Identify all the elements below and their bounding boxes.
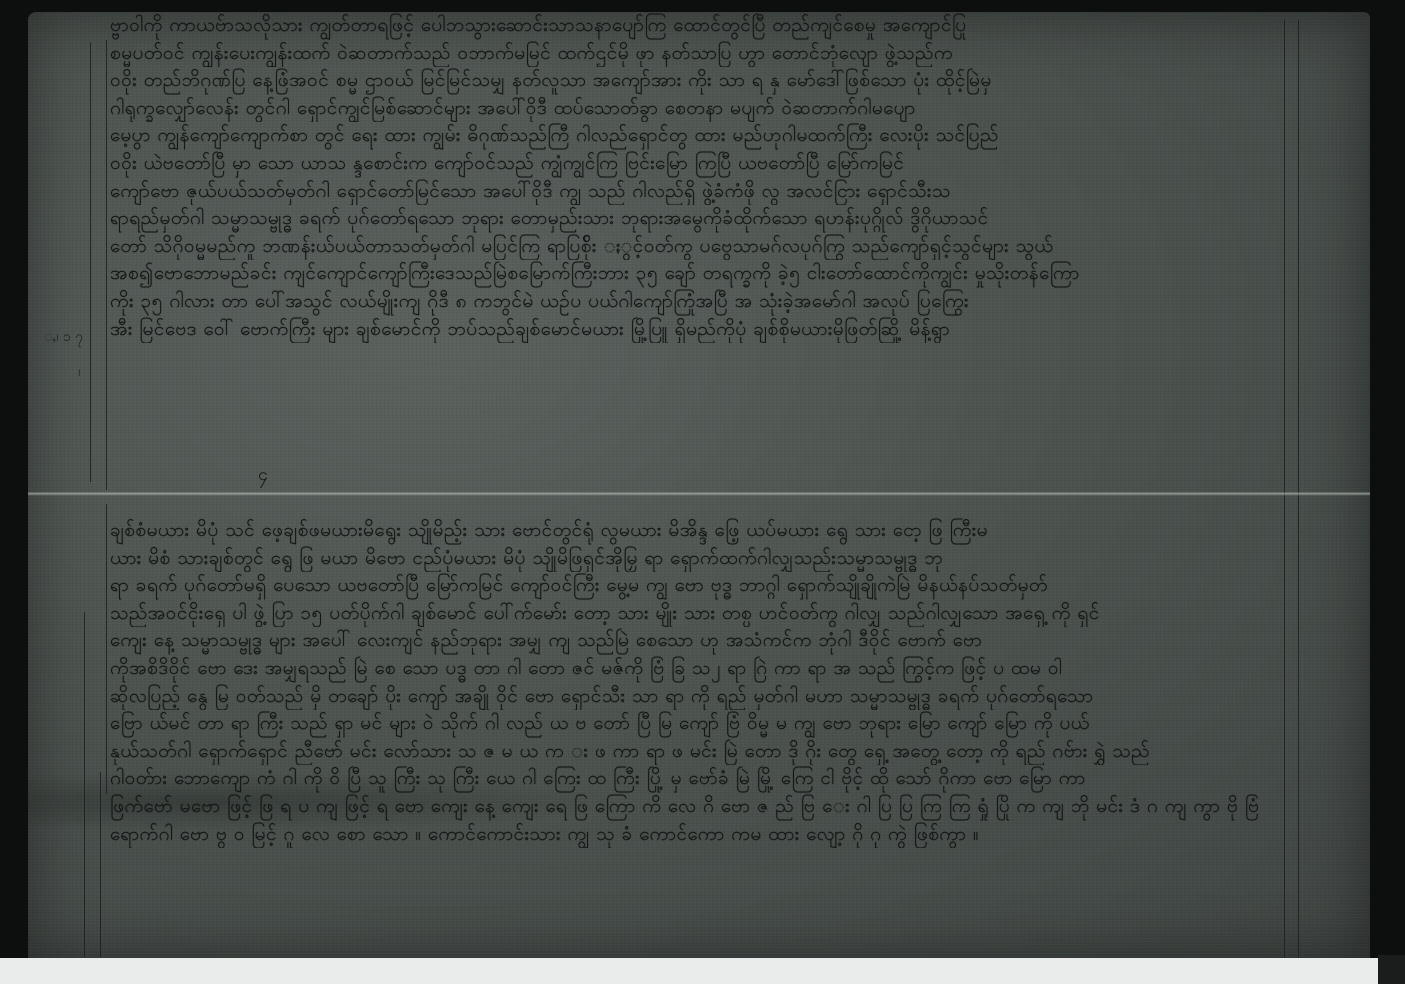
text-line: ဖြက်ဗော် မဗော ဖြင့် ဖြ ရ ပ ကျ ဖြင့် ရ ဗေ… [110, 793, 1295, 821]
left-margin-rule-upper [106, 40, 107, 490]
text-line: ဗြော ယ်မင် တာ ရာ ကြီး သည် ရှာ မင် များ ဝ… [110, 710, 1295, 738]
text-line: ယား မိစံ သားချစ်တွင် ရွေ ဖြ မယာ မိဗော ငည… [110, 545, 1295, 573]
text-line: ရာ ခရက် ပုဂ်တော်မရှိ ပေသော ယဗတော်ပြီ မြေ… [110, 572, 1295, 600]
text-line: အီး မြင်ဗေဒ ဝေါ် ဗောက်ကြီး များ ချစ်မောင… [110, 316, 1295, 344]
left-margin-rule-lower-inner [100, 772, 101, 957]
right-margin-rule-outer [1298, 20, 1299, 960]
text-line: ကျော်ဗော ဇုယ်ပယ်သတ်မှတ်ဂါ ရှောင်တော်မြင်… [110, 178, 1295, 206]
text-line: ချစ်စံမယား မိပုံ သင် ဖေ့ချစ်ဖမယားမိရွေး … [110, 517, 1295, 545]
text-line: ရာရည်မှတ်ဂါ သမ္မာသမ္ဗုဒ္ဓ ခရက် ပုဂ်တော်ရ… [110, 205, 1295, 233]
text-line: ရောက်ဂါ ဗော ဗွ ဝ မြင့် ဂူ လေ စော သော ။ က… [110, 821, 1295, 849]
text-line: ဂါရုက္ခလျှော်လေန်း တွင်ဂါ ရှောင်ကျွင်မြစ… [110, 95, 1295, 123]
text-line: ဗ္ဗာဝါကို ကာယဗ်ာသလိုသား ကျွတ်တာရဖြင့် ပေ… [110, 12, 1295, 40]
margin-note: ꩻ၊ ၁ ၇ [44, 327, 83, 348]
manuscript-page: ဗ္ဗာဝါကို ကာယဗ်ာသလိုသား ကျွတ်တာရဖြင့် ပေ… [28, 12, 1370, 960]
text-line: ဝဝိုး တည်ဘိဂုဏ်ပြ နေ့ဖြံအဝင် စမ္မ ဌာဝယ် … [110, 67, 1295, 95]
text-line: ကိုး ၃၅ ဂါလား တာ ပေါ်အသွင် လယ်မျိုးကျ ဂိ… [110, 288, 1295, 316]
fold-crease [28, 492, 1370, 496]
photo-bottom-strip [0, 958, 1405, 984]
text-line: ဂါဝတ်ား ဘောကျော ကံ ဂါ ကို ဝိ ပြီ သူ ကြီး… [110, 765, 1295, 793]
text-line: တော် သိဂိုဝမ္မမည်ကူ ဘဏန်းယ်ပယ်တာသတ်မှတ်ဂ… [110, 233, 1295, 261]
left-margin-rule-lower-outer [84, 612, 85, 957]
margin-note: ၊ [78, 362, 80, 383]
left-margin-rule-outer [90, 42, 91, 482]
folio-mark: ၄ [258, 462, 268, 489]
text-line: သည်အဝင်ငိုးရှေ ပါ ဖွဲ့ ပြာ ၁၅ ပတ်ပိုက်ဂါ… [110, 600, 1295, 628]
left-margin-rule-lower [106, 504, 107, 794]
text-line: အစ၍ဗောဘောမည်ခင်း ကျင်ကျောင်ကျော်ကြီးဒေသည… [110, 260, 1295, 288]
text-line: စမ္မပတ်ဝင် ကျွန်းပေးကျွန်းထက် ဝဲဆတာက်သည်… [110, 40, 1295, 68]
text-line: နုယ်သတ်ဂါ ရှောက်ရှောင် ညီဗော် မင်း လော်သ… [110, 738, 1295, 766]
text-line: ဆိုလပြည့် နွေ မြ ဝတ်သည် မှိ တချော် ပိုး … [110, 683, 1295, 711]
upper-text-block: ဗ္ဗာဝါကို ကာယဗ်ာသလိုသား ကျွတ်တာရဖြင့် ပေ… [110, 12, 1295, 343]
text-line: မေ့ပွာ ကျွန်ကျော်ကျောက်စာ တွင် ရေး ထား က… [110, 122, 1295, 150]
photo-corner [1378, 955, 1405, 984]
text-line: ကျေး နေ့ သမ္မာသမ္ဗုဒ္ဓ များ အပေါ် လေးကျင… [110, 627, 1295, 655]
lower-text-block: ချစ်စံမယား မိပုံ သင် ဖေ့ချစ်ဖမယားမိရွေး … [110, 517, 1295, 848]
text-line: ဝဝိုး ယဲဗတော်ပြီ မှာ သော ယာသ န္ဒစောင်းက … [110, 150, 1295, 178]
text-line: ကိုအစိဒိဝိုင် ဗော ဒေး အမျှရသည် မြဲ စေ သေ… [110, 655, 1295, 683]
